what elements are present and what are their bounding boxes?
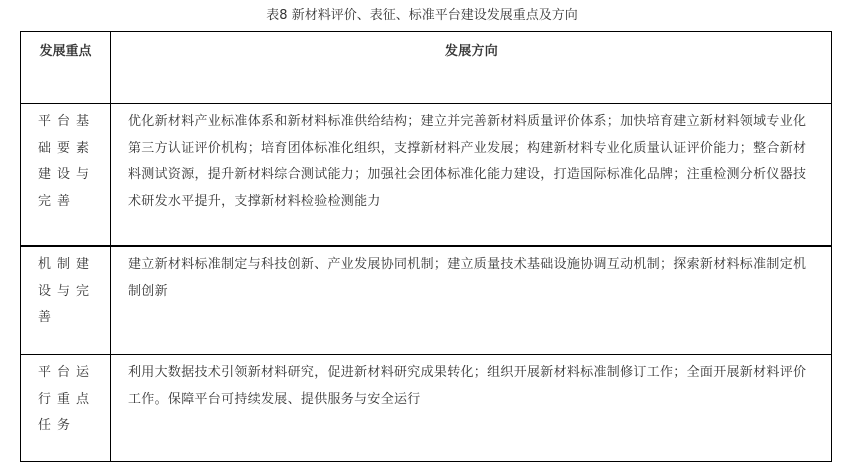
- row-direction-cell: 利用大数据技术引领新材料研究，促进新材料研究成果转化；组织开展新材料标准制修订工…: [111, 355, 832, 462]
- header-focus: 发展重点: [21, 32, 111, 104]
- row-direction-cell: 优化新材料产业标准体系和新材料标准供给结构；建立并完善新材料质量评价体系；加快培…: [111, 104, 832, 247]
- header-direction: 发展方向: [111, 32, 832, 104]
- table-row: 机制建设与完善 建立新材料标准制定与科技创新、产业发展协同机制；建立质量技术基础…: [21, 246, 832, 355]
- row-focus-cell: 平台运行重点任务: [21, 355, 111, 462]
- table-header-row: 发展重点 发展方向: [21, 32, 832, 104]
- row-direction-cell: 建立新材料标准制定与科技创新、产业发展协同机制；建立质量技术基础设施协调互动机制…: [111, 246, 832, 355]
- table-row: 平台基础要素建设与完善 优化新材料产业标准体系和新材料标准供给结构；建立并完善新…: [21, 104, 832, 247]
- table-caption: 表8 新材料评价、表征、标准平台建设发展重点及方向: [0, 6, 844, 26]
- table-row: 平台运行重点任务 利用大数据技术引领新材料研究，促进新材料研究成果转化；组织开展…: [21, 355, 832, 462]
- row-focus-cell: 机制建设与完善: [21, 246, 111, 355]
- row-focus-cell: 平台基础要素建设与完善: [21, 104, 111, 247]
- development-focus-table: 发展重点 发展方向 平台基础要素建设与完善 优化新材料产业标准体系和新材料标准供…: [20, 31, 832, 462]
